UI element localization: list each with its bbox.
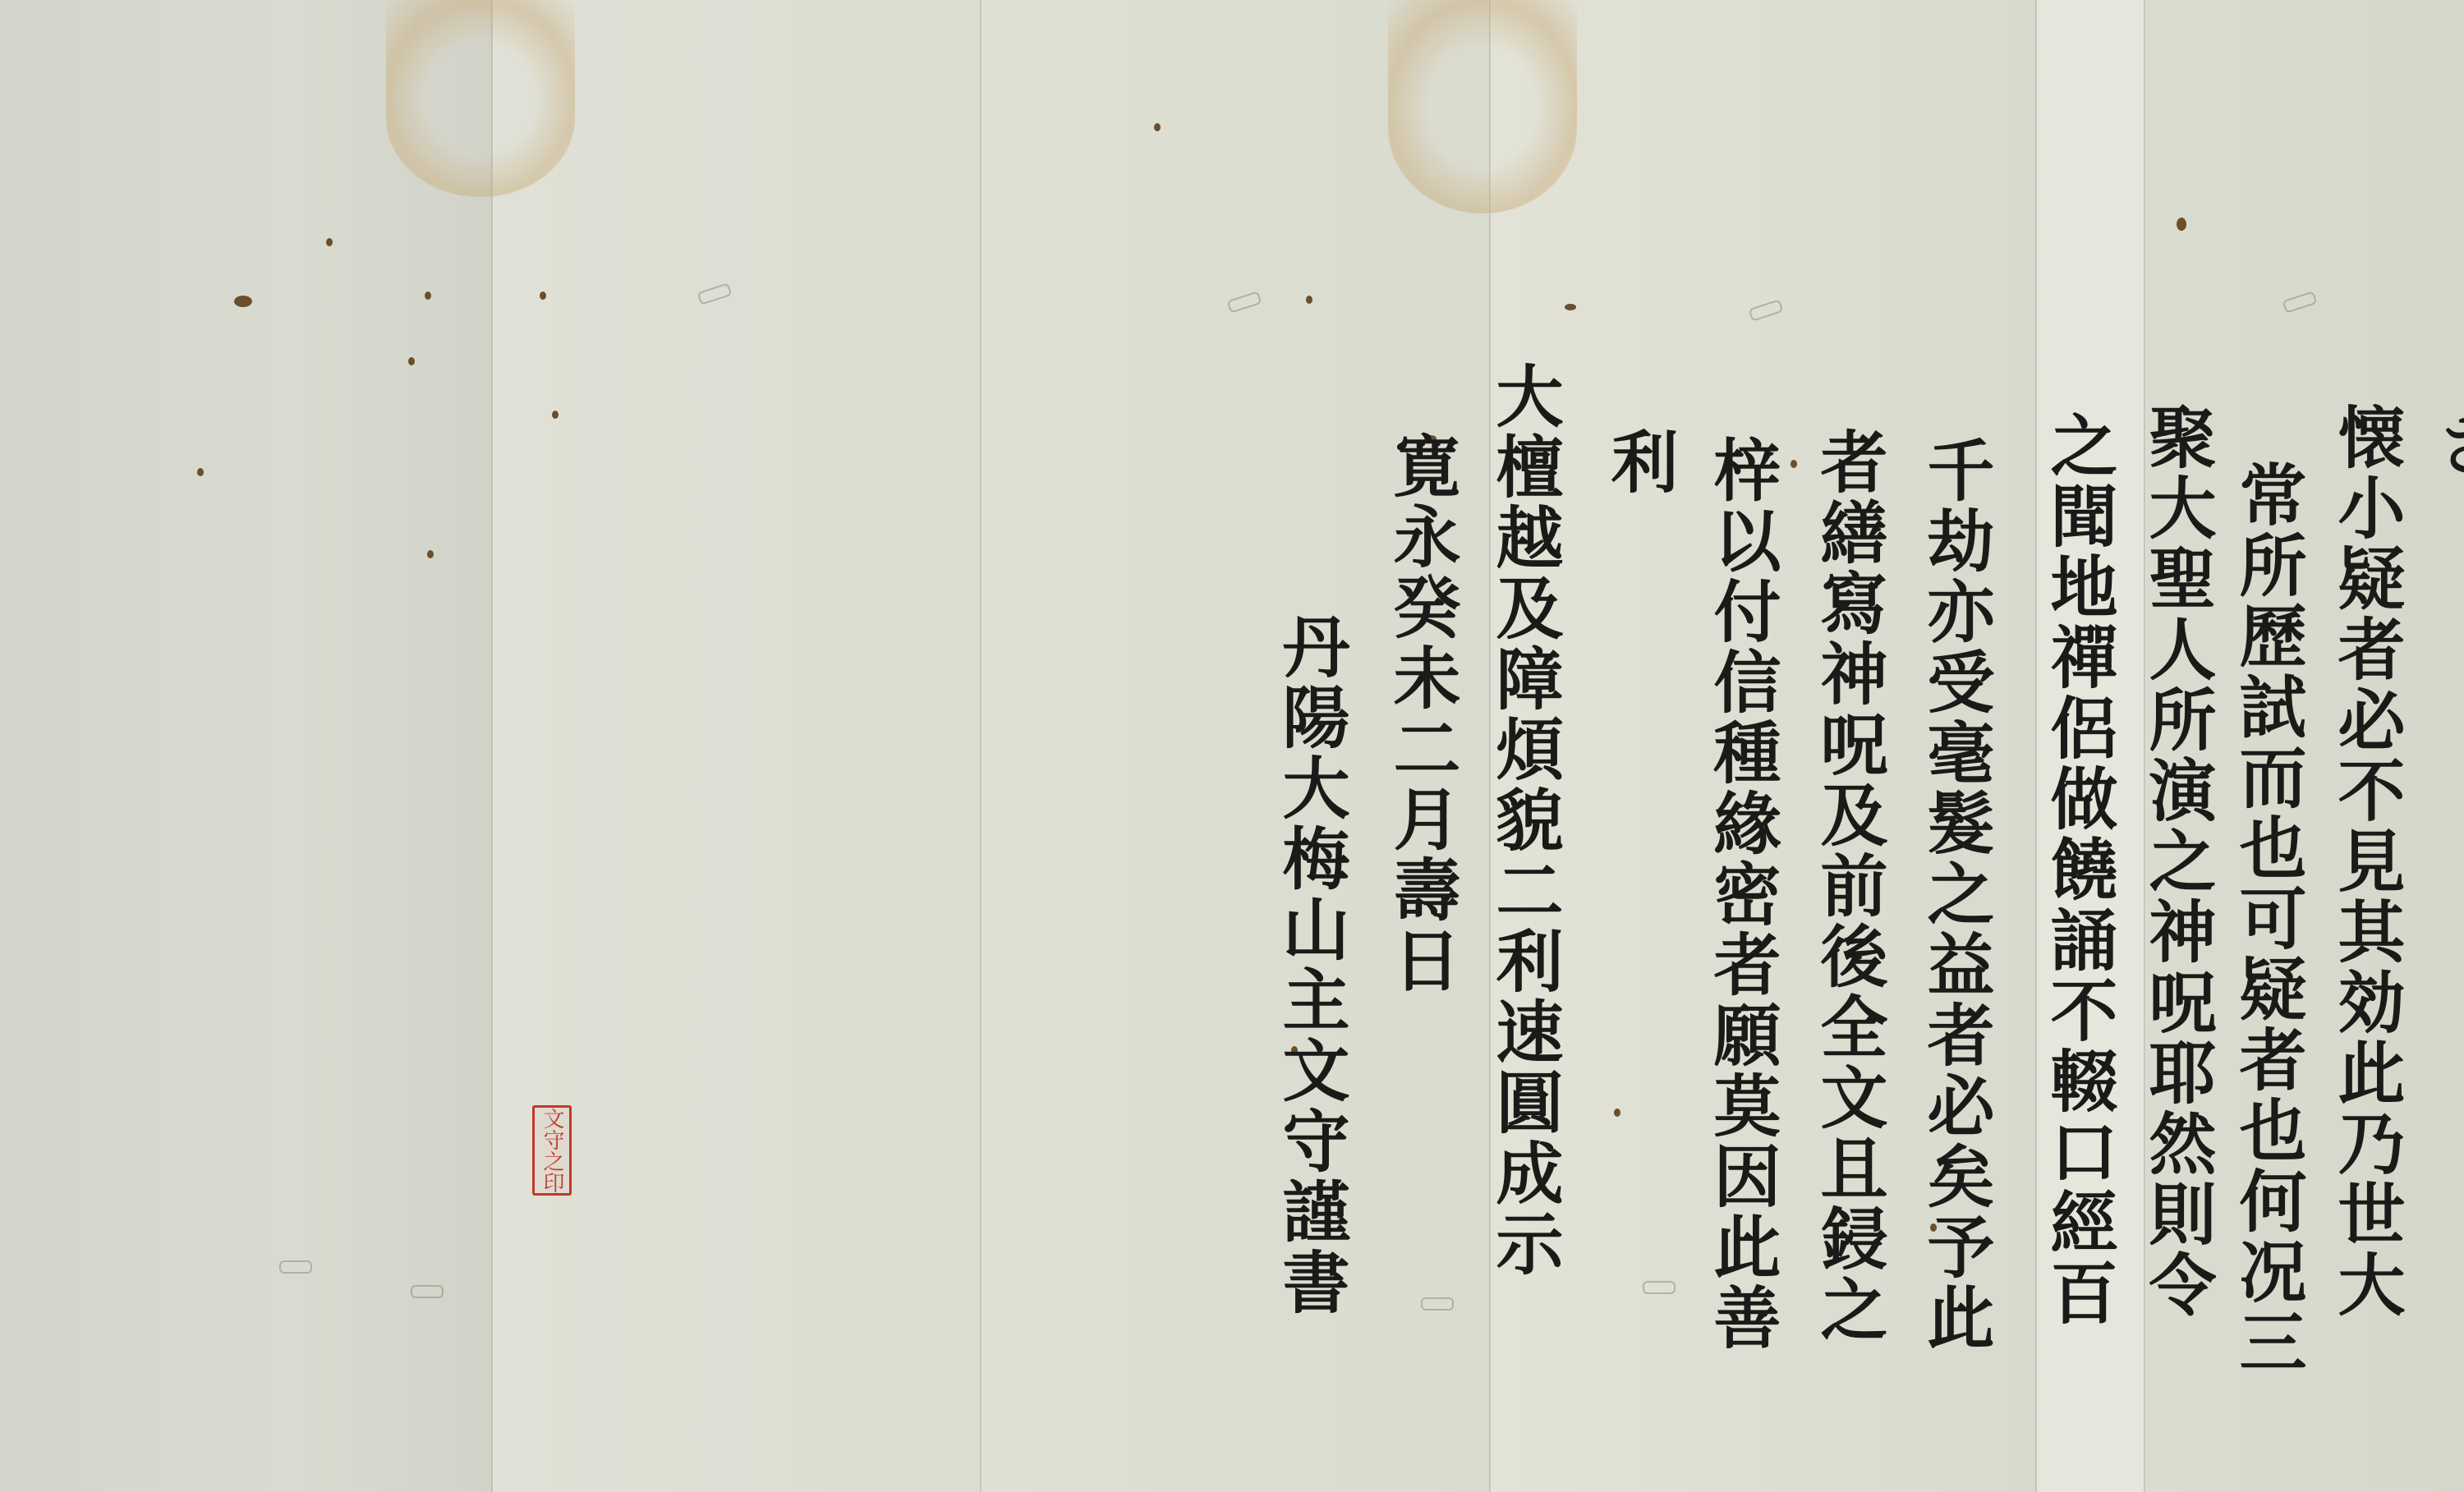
wormhole [197, 468, 204, 476]
text-column-4: 之聞地禪侶做饒誦不輟口經百 [2045, 411, 2112, 1329]
wormhole [1154, 123, 1161, 131]
wormhole [540, 292, 546, 300]
fold-line [2035, 0, 2038, 1492]
wormhole [1614, 1109, 1620, 1117]
wormhole [1565, 304, 1576, 310]
text-column-9: 大檀越及障煩貌二利速圓成示 [1491, 361, 1558, 1279]
text-column-8: 利 [1606, 427, 1673, 498]
signature-column: 丹陽大梅山主文守謹書 [1277, 612, 1345, 1318]
date-column: 寛永癸未二月壽日 [1388, 431, 1455, 996]
fold-line [491, 0, 494, 1492]
paper-scuff [1643, 1281, 1676, 1294]
paper-scuff [411, 1285, 444, 1298]
red-seal-stamp: 文守之印 [532, 1105, 572, 1196]
edge-fragment-text: さ [2431, 411, 2464, 481]
wormhole [1306, 296, 1312, 304]
water-stain [1388, 0, 1577, 213]
text-column-3: 聚大聖人所演之神呪耶然則令 [2144, 402, 2211, 1320]
water-stain [386, 0, 575, 197]
wormhole [1791, 460, 1797, 468]
fold-line [980, 0, 982, 1492]
text-column-6: 者繕寫神呪及前後全文且鋟之 [1815, 427, 1882, 1345]
wormhole [425, 292, 431, 300]
wormhole [2177, 218, 2186, 231]
wormhole [427, 550, 434, 558]
wormhole [552, 411, 559, 419]
paper-panel-2 [493, 0, 981, 1492]
text-column-2: 常所歷試而也可疑者也何况三 [2234, 460, 2301, 1378]
wormhole [234, 296, 252, 307]
wormhole [326, 238, 333, 246]
text-column-5: 千劫亦受毫髮之益者必矣予此 [1922, 435, 1989, 1353]
text-column-7: 梓以付信種緣密者願莫因此善 [1708, 435, 1776, 1353]
paper-scuff [1421, 1297, 1454, 1311]
text-column-1: 懐小疑者必不見其効此乃世大 [2333, 402, 2400, 1320]
wormhole [408, 357, 415, 365]
paper-scuff [279, 1260, 312, 1274]
paper-panel-left [0, 0, 493, 1492]
